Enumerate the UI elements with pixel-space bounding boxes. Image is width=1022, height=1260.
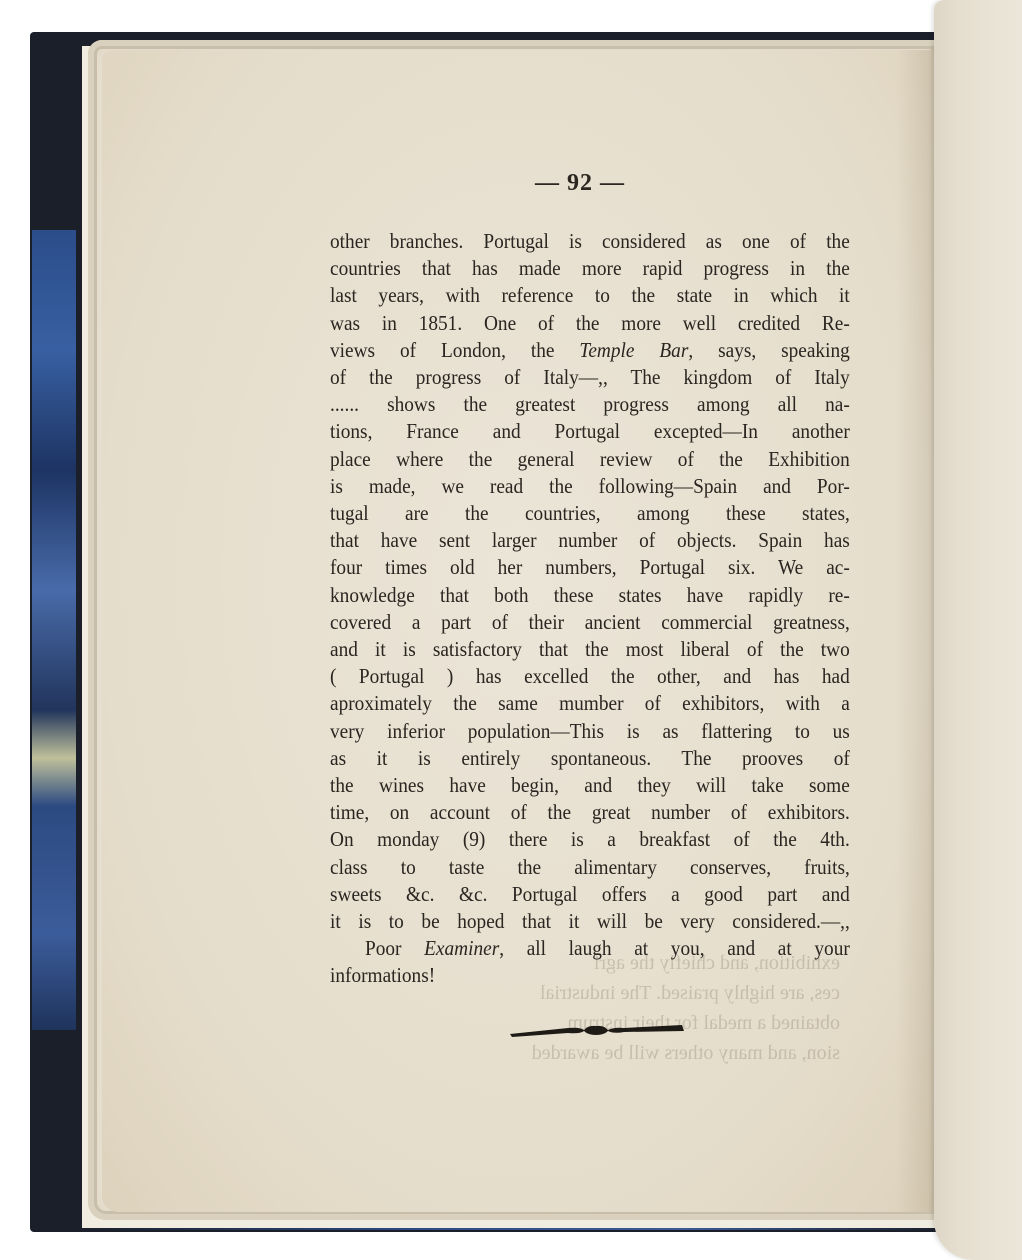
text-line: of the progress of Italy—,, The kingdom …	[330, 364, 850, 391]
italic-title: Temple Bar	[579, 338, 688, 362]
text-line: On monday (9) there is a breakfast of th…	[330, 826, 850, 853]
text-line: place where the general review of the Ex…	[330, 446, 850, 473]
marbled-endpaper-edge	[32, 230, 76, 1030]
text-line: as it is entirely spontaneous. The proov…	[330, 745, 850, 772]
text-line: views of London, the Temple Bar, says, s…	[330, 337, 850, 364]
show-through-line: sion, and many others will be awarded	[520, 1038, 840, 1068]
text-line: ...... shows the greatest progress among…	[330, 391, 850, 418]
text-line: ( Portugal ) has excelled the other, and…	[330, 663, 850, 690]
italic-title: Examiner	[424, 936, 499, 960]
text-line: class to taste the alimentary conserves,…	[330, 854, 850, 881]
text-segment: views of London, the	[330, 338, 579, 362]
text-segment: , says, speaking	[688, 338, 849, 362]
text-line: was in 1851. One of the more well credit…	[330, 310, 850, 337]
body-text: other branches. Portugal is considered a…	[330, 228, 850, 990]
text-line: countries that has made more rapid progr…	[330, 255, 850, 282]
text-line: Poor Examiner, all laugh at you, and at …	[330, 935, 850, 962]
page-number: — 92 —	[530, 170, 630, 197]
text-line: four times old her numbers, Portugal six…	[330, 554, 850, 581]
text-line: other branches. Portugal is considered a…	[330, 228, 850, 255]
tailpiece-ornament	[508, 1022, 686, 1038]
text-line: last years, with reference to the state …	[330, 282, 850, 309]
text-line: tugal are the countries, among these sta…	[330, 500, 850, 527]
text-line: knowledge that both these states have ra…	[330, 582, 850, 609]
text-line: and it is satisfactory that the most lib…	[330, 636, 850, 663]
text-line: very inferior population—This is as flat…	[330, 718, 850, 745]
text-segment: , all laugh at you, and at your	[499, 936, 850, 960]
text-line: time, on account of the great number of …	[330, 799, 850, 826]
text-line: aproximately the same mumber of exhibito…	[330, 690, 850, 717]
text-segment: Poor	[365, 936, 424, 960]
text-line: informations!	[330, 962, 850, 989]
text-line: is made, we read the following—Spain and…	[330, 473, 850, 500]
text-line: tions, France and Portugal excepted—In a…	[330, 418, 850, 445]
text-line: sweets &c. &c. Portugal offers a good pa…	[330, 881, 850, 908]
text-line: that have sent larger number of objects.…	[330, 527, 850, 554]
facing-page-edge	[934, 0, 1022, 1260]
text-line: covered a part of their ancient commerci…	[330, 609, 850, 636]
gutter-shadow	[896, 50, 936, 1212]
text-line: the wines have begin, and they will take…	[330, 772, 850, 799]
text-line: it is to be hoped that it will be very c…	[330, 908, 850, 935]
